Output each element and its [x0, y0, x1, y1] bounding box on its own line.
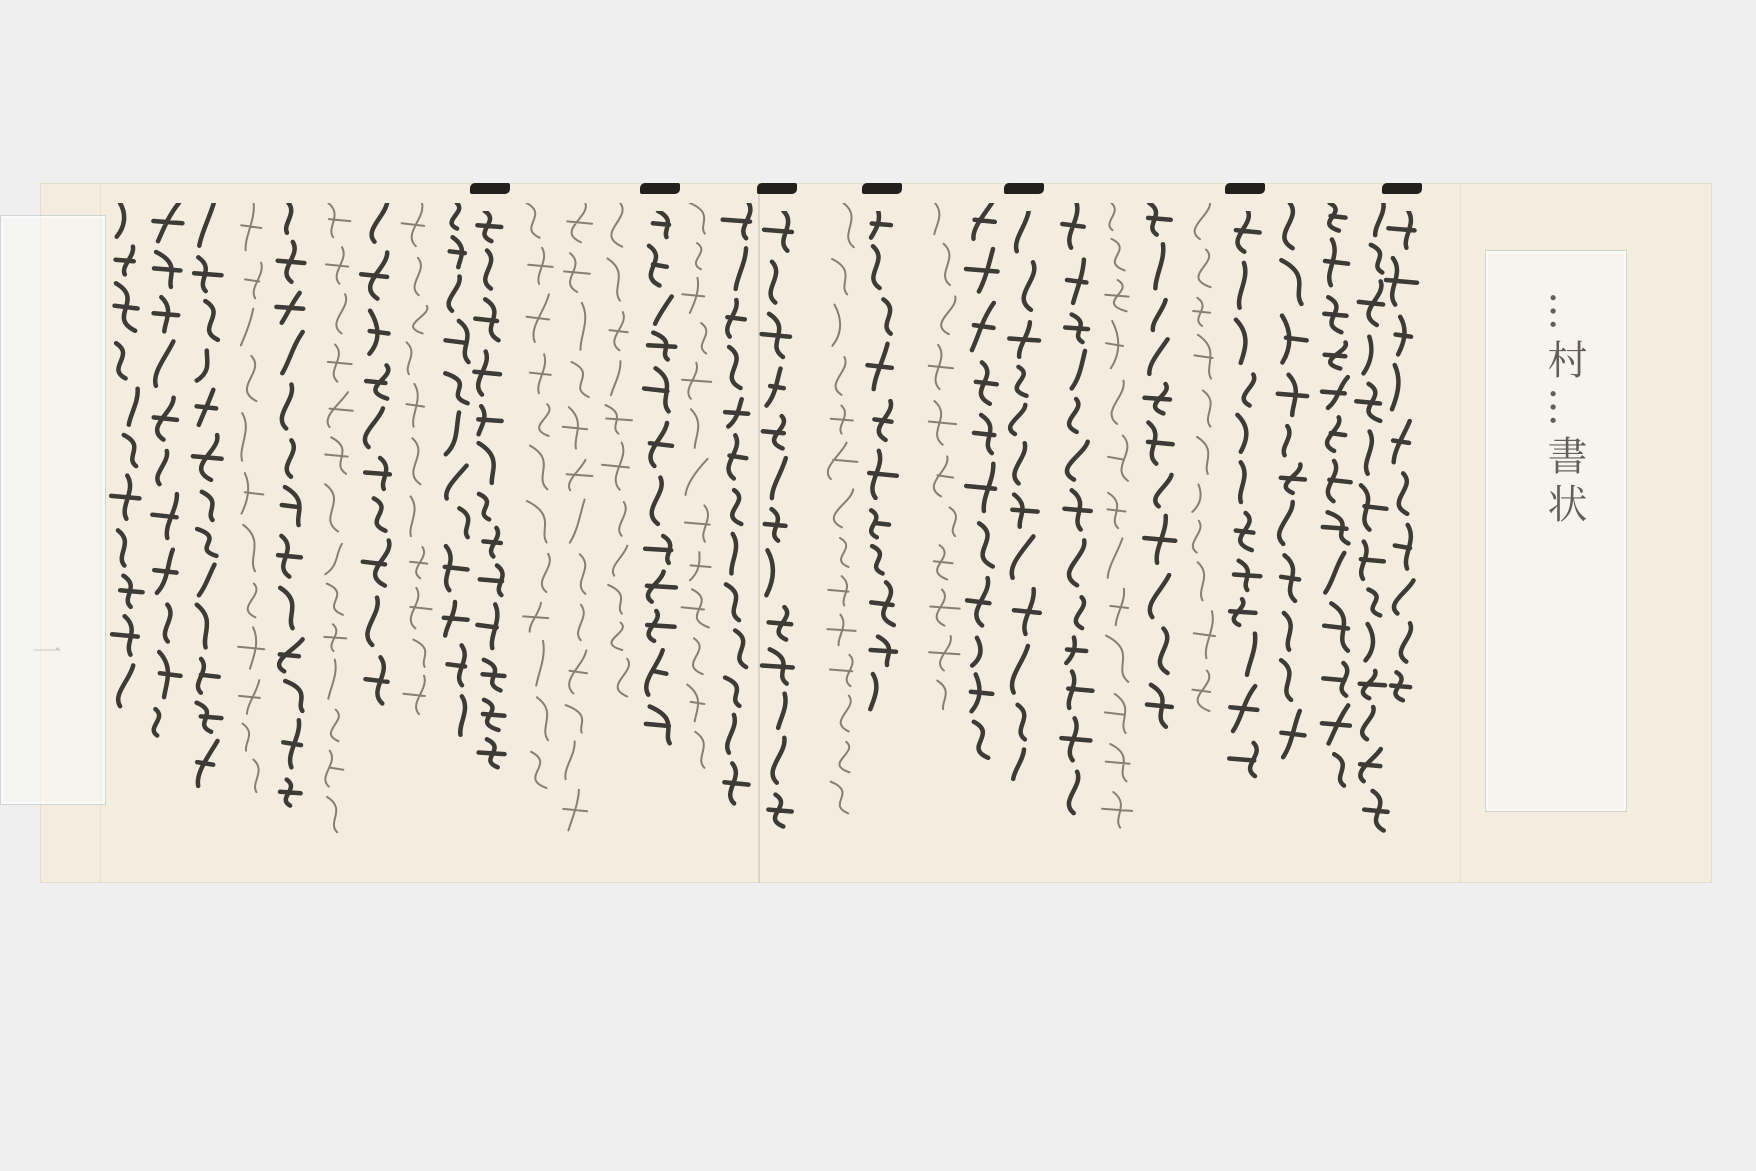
handwriting-strokes: [272, 203, 312, 843]
handwriting-strokes: [962, 203, 1002, 843]
handwriting-strokes: [1317, 203, 1357, 843]
text-column: [962, 183, 1002, 883]
item-marker: [757, 183, 797, 194]
text-column: [1317, 183, 1357, 883]
handwriting-strokes: [1004, 211, 1044, 851]
text-column: [317, 183, 357, 883]
handwriting-strokes: [822, 203, 862, 843]
text-column: [437, 183, 477, 883]
document-paper: [40, 183, 1712, 883]
text-column: [272, 183, 312, 883]
text-column: [517, 183, 557, 883]
handwriting-strokes: [1272, 203, 1312, 843]
text-column: [757, 183, 797, 883]
right-crease: [1460, 183, 1461, 883]
handwriting-strokes: [1140, 203, 1180, 843]
handwriting-strokes: [107, 203, 147, 843]
text-column: [1140, 183, 1180, 883]
left-glass-slide: 一: [0, 215, 106, 805]
handwriting-strokes: [1182, 203, 1222, 843]
title-label: …村…書状: [1536, 291, 1593, 531]
text-column: [1097, 183, 1137, 883]
handwriting-strokes: [1097, 203, 1137, 843]
text-column: [1182, 183, 1222, 883]
text-column: [924, 183, 964, 883]
handwriting-strokes: [187, 203, 227, 843]
text-column: [397, 183, 437, 883]
text-column: [1272, 183, 1312, 883]
text-column: [597, 183, 637, 883]
handwriting-strokes: [717, 203, 757, 843]
text-column: [640, 183, 680, 883]
handwriting-strokes: [924, 203, 964, 843]
handwriting-strokes: [397, 203, 437, 843]
handwriting-strokes: [640, 211, 680, 851]
handwriting-strokes: [757, 211, 797, 851]
item-marker: [1004, 183, 1044, 194]
handwriting-strokes: [317, 203, 357, 843]
item-marker: [640, 183, 680, 194]
text-column: [1057, 183, 1097, 883]
text-column: [187, 183, 227, 883]
handwriting-strokes: [1352, 203, 1392, 843]
handwriting-strokes: [557, 203, 597, 843]
handwriting-strokes: [147, 203, 187, 843]
text-column: [1352, 183, 1392, 883]
text-column: [557, 183, 597, 883]
handwriting-strokes: [232, 203, 272, 843]
handwriting-strokes: [677, 203, 717, 843]
text-column: [677, 183, 717, 883]
text-column: [1225, 183, 1265, 883]
handwriting-strokes: [862, 211, 902, 851]
handwriting-strokes: [437, 203, 477, 843]
text-column: [1004, 183, 1044, 883]
handwriting-strokes: [1057, 203, 1097, 843]
text-column: [107, 183, 147, 883]
ghost-text: 一: [21, 636, 65, 672]
text-column: [822, 183, 862, 883]
text-column: [717, 183, 757, 883]
text-column: [862, 183, 902, 883]
handwriting-strokes: [597, 203, 637, 843]
right-glass-label: …村…書状: [1485, 250, 1627, 812]
handwriting-strokes: [357, 203, 397, 843]
item-marker: [862, 183, 902, 194]
item-marker: [1225, 183, 1265, 194]
handwriting-strokes: [1225, 211, 1265, 851]
text-column: [357, 183, 397, 883]
handwriting-strokes: [517, 203, 557, 843]
text-column: [232, 183, 272, 883]
text-column: [147, 183, 187, 883]
